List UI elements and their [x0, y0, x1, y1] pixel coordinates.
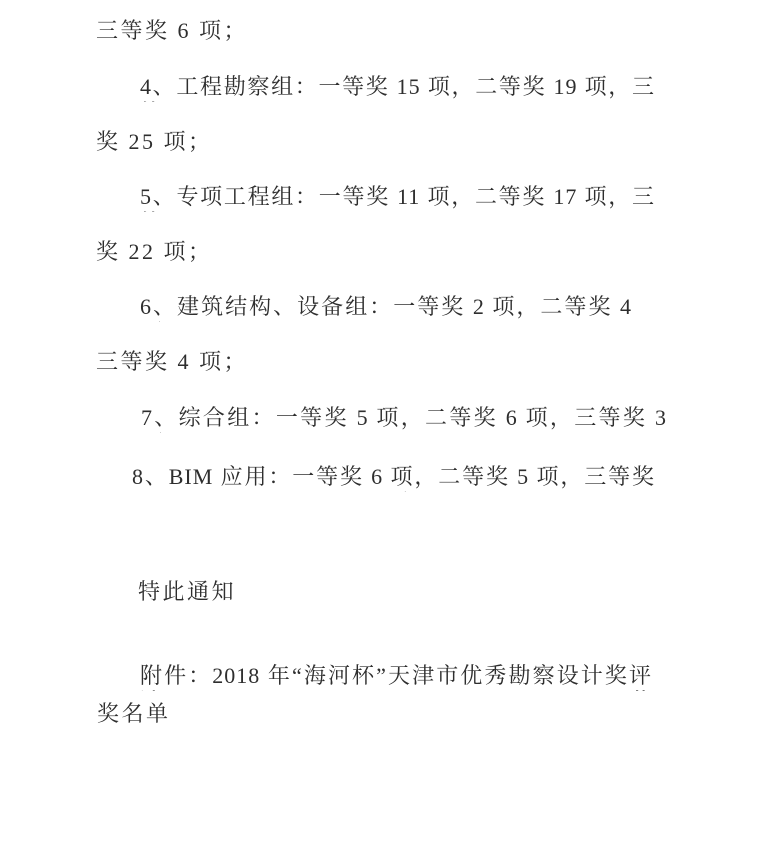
line-group7-comprehensive: 7、综合组：一等奖 5 项，二等奖 6 项，三等奖 3 项， — [141, 405, 667, 433]
line-group6-structure-head: 6、建筑结构、设备组：一等奖 2 项，二等奖 4 项， — [140, 294, 632, 322]
line-group4-survey-tail: 奖 25 项； — [96, 129, 213, 155]
line-attachment-title-tail: 奖名单 — [97, 701, 171, 727]
line-group4-survey-head: 4、工程勘察组：一等奖 15 项，二等奖 19 项，三等 — [140, 74, 655, 102]
line-group8-bim: 8、BIM 应用：一等奖 6 项，二等奖 5 项，三等奖 10 项。 — [132, 464, 655, 492]
notice-document-page: 三等奖 6 项； 4、工程勘察组：一等奖 15 项，二等奖 19 项，三等 奖 … — [0, 0, 759, 841]
line-hereby-notice: 特此通知 — [138, 579, 236, 605]
line-attachment-title-head: 附件：2018 年“海河杯”天津市优秀勘察设计奖评选获 — [140, 663, 652, 691]
line-group5-special-head: 5、专项工程组：一等奖 11 项，二等奖 17 项，三等 — [140, 184, 655, 212]
line-group6-structure-tail: 三等奖 4 项； — [96, 349, 248, 375]
line-group3-third-prize-tail: 三等奖 6 项； — [96, 18, 248, 44]
line-group5-special-tail: 奖 22 项； — [96, 239, 213, 265]
